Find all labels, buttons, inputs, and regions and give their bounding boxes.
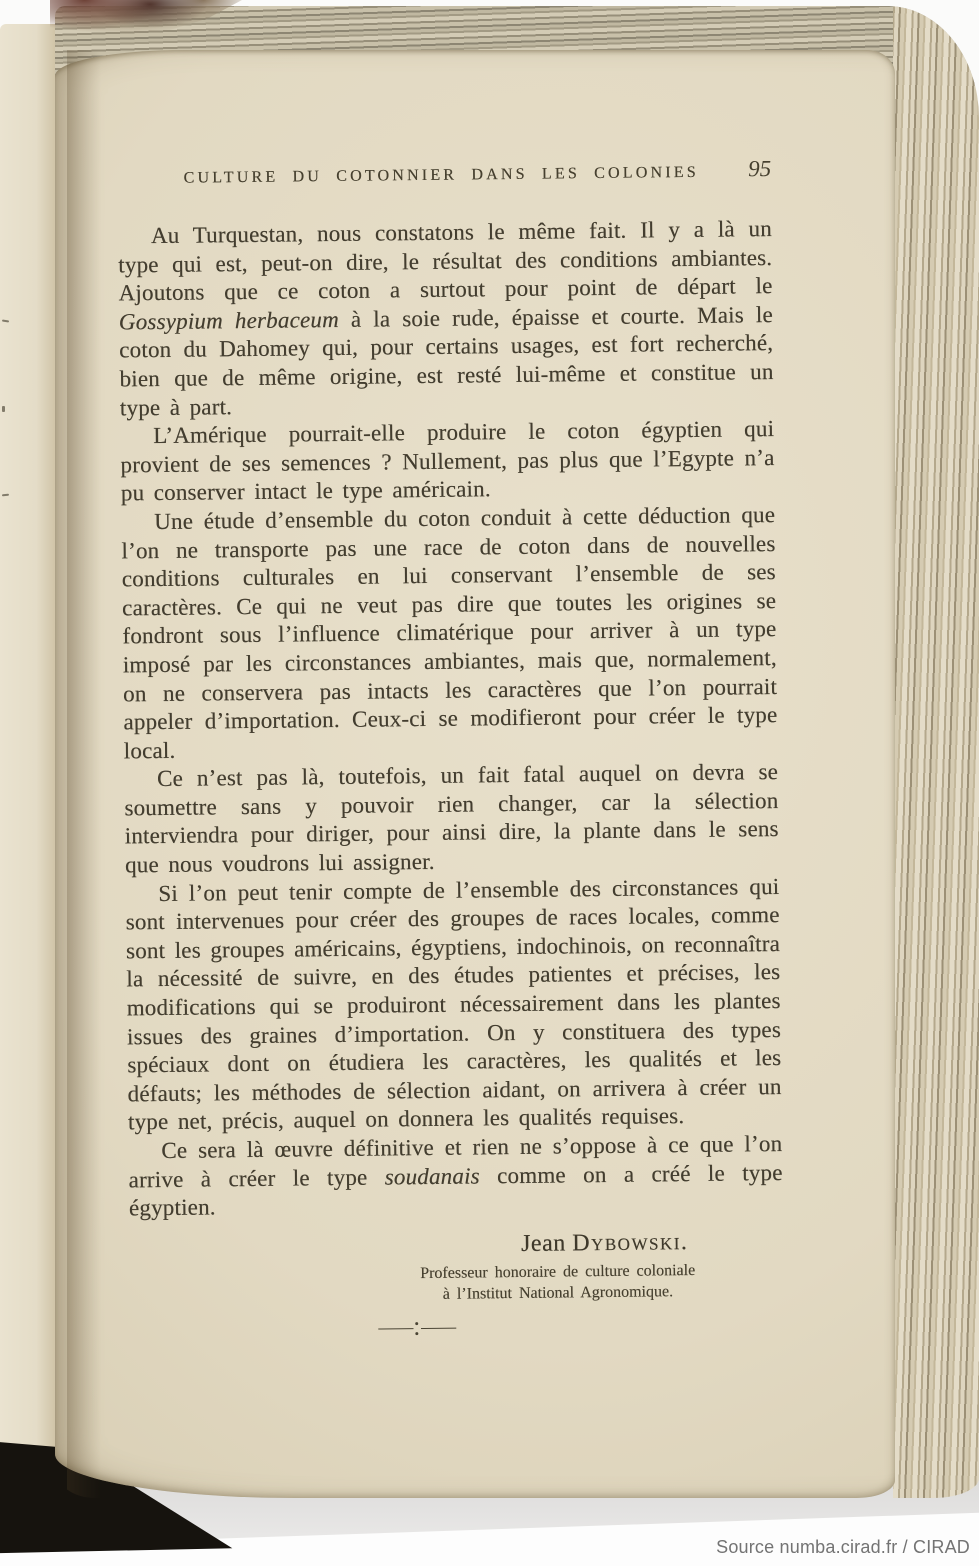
author-signature-period: . [681, 1229, 688, 1255]
book-page-block: CULTURE DU COTONNIER DANS LES COLONIES 9… [55, 6, 979, 1498]
divider-dot [415, 1332, 418, 1335]
author-surname: Dybowski [572, 1229, 681, 1256]
facing-page-text-fragment [2, 320, 9, 323]
page-fore-edges [893, 6, 979, 1498]
paragraph: Ce sera là œuvre définitive et rien ne s… [128, 1130, 783, 1223]
source-attribution: Source numba.cirad.fr / CIRAD [716, 1537, 970, 1558]
page-number: 95 [707, 156, 771, 183]
paragraph: Une étude d’ensemble du coton conduit à … [121, 501, 778, 766]
author-first-name: Jean [521, 1230, 572, 1257]
author-signature: Jean Dybowski. [129, 1228, 783, 1262]
paragraph: L’Amérique pourrait-elle produire le cot… [120, 415, 775, 508]
author-byline: Professeur honoraire de culture colonial… [308, 1258, 808, 1306]
divider-dot [415, 1322, 418, 1325]
running-header-title: CULTURE DU COTONNIER DANS LES COLONIES [117, 164, 707, 189]
section-divider-ornament [378, 1322, 456, 1335]
printed-text: CULTURE DU COTONNIER DANS LES COLONIES 9… [117, 156, 784, 1338]
paragraph: Ce n’est pas là, toutefois, un fait fata… [124, 758, 779, 880]
author-byline-line2: à l’Institut National Agronomique. [308, 1279, 808, 1306]
gutter-shadow [67, 50, 101, 1498]
paragraph: Si l’on peut tenir compte de l’ensemble … [125, 873, 782, 1138]
facing-page-text-fragment [2, 406, 5, 412]
page-body: Au Turquestan, nous constatons le même f… [118, 215, 783, 1223]
facing-page-text-fragment [2, 494, 9, 497]
scanned-book-page: CULTURE DU COTONNIER DANS LES COLONIES 9… [0, 0, 979, 1566]
paragraph: Au Turquestan, nous constatons le même f… [118, 215, 774, 423]
divider-line [378, 1327, 456, 1329]
